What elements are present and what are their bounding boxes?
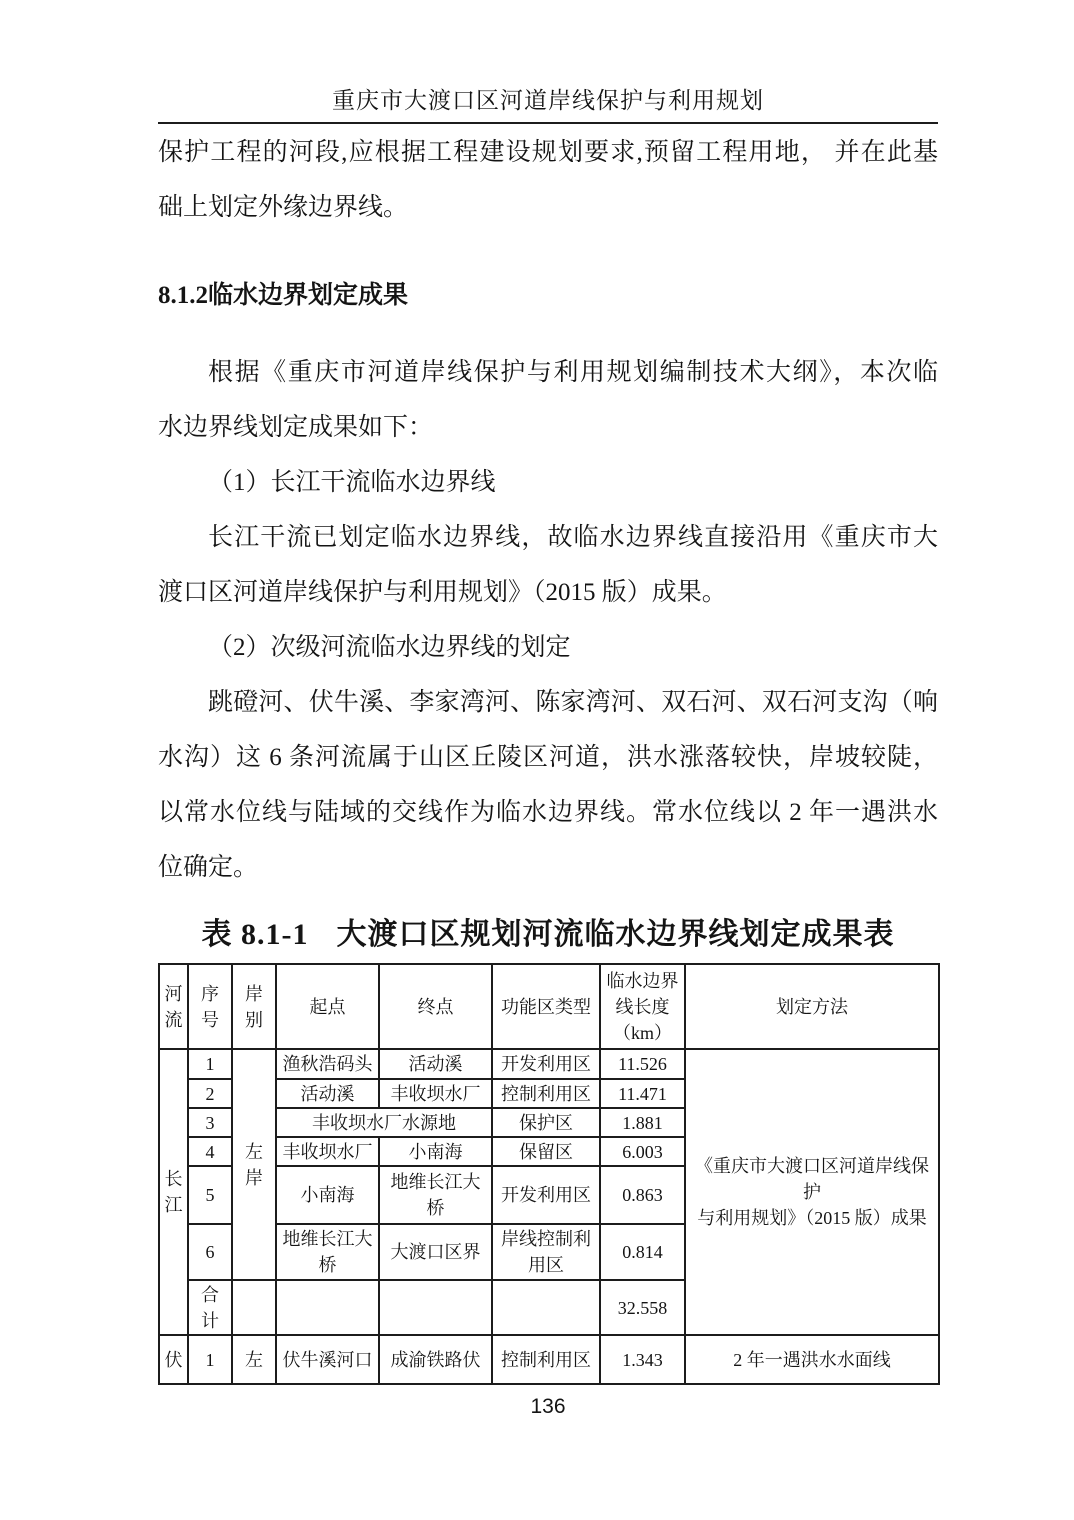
text-line: 渡口区河道岸线保护与利用规划》（2015 版）成果。	[158, 565, 938, 620]
running-header-title: 重庆市大渡口区河道岸线保护与利用规划	[158, 86, 938, 116]
cell-zone: 开发利用区	[492, 1166, 600, 1224]
cell-empty	[379, 1280, 492, 1335]
cell-seq: 6	[188, 1224, 232, 1280]
cell-seq: 5	[188, 1166, 232, 1224]
cell-start: 伏牛溪河口	[276, 1335, 379, 1384]
cell-method-changjiang: 《重庆市大渡口区河道岸线保护 与利用规划》（2015 版）成果	[685, 1049, 939, 1335]
table-row: 长 江 1 左 岸 渔秋浩码头 活动溪 开发利用区 11.526 《重庆市大渡口…	[159, 1049, 939, 1079]
cell-method-funiuxi: 2 年一遇洪水水面线	[685, 1335, 939, 1384]
text-line: 跳磴河、伏牛溪、李家湾河、陈家湾河、双石河、双石河支沟（响	[158, 675, 938, 730]
cell-length: 0.863	[600, 1166, 685, 1224]
cell-total-length: 32.558	[600, 1280, 685, 1335]
text-line: 以常水位线与陆域的交线作为临水边界线。常水位线以 2 年一遇洪水	[158, 785, 938, 840]
table-caption: 表 8.1-1 大渡口区规划河流临水边界线划定成果表	[158, 911, 938, 951]
text-line: 础上划定外缘边界线。	[158, 180, 938, 235]
header-zone: 功能区类型	[492, 964, 600, 1049]
cell-length: 0.814	[600, 1224, 685, 1280]
cell-zone: 控制利用区	[492, 1079, 600, 1108]
text-line: 水沟）这 6 条河流属于山区丘陵区河道，洪水涨落较快，岸坡较陡，	[158, 730, 938, 785]
cell-end: 成渝铁路伏	[379, 1335, 492, 1384]
shoreline-results-table: 河 流 序 号 岸 别 起点 终点 功能区类型 临水边界 线长度 （km） 划定…	[158, 963, 940, 1385]
cell-zone: 保护区	[492, 1108, 600, 1137]
cell-length: 6.003	[600, 1137, 685, 1166]
cell-start: 小南海	[276, 1166, 379, 1224]
cell-zone: 控制利用区	[492, 1335, 600, 1384]
header-seq: 序 号	[188, 964, 232, 1049]
cell-bank: 左	[232, 1335, 276, 1384]
body-text-block: 根据《重庆市河道岸线保护与利用规划编制技术大纲》，本次临 水边界线划定成果如下：…	[158, 345, 938, 895]
cell-end: 小南海	[379, 1137, 492, 1166]
cell-length: 1.343	[600, 1335, 685, 1384]
cell-zone: 岸线控制利 用区	[492, 1224, 600, 1280]
text-line: 保护工程的河段,应根据工程建设规划要求,预留工程用地， 并在此基	[158, 125, 938, 180]
table-caption-label: 表 8.1-1	[202, 909, 309, 953]
cell-seq: 1	[188, 1049, 232, 1079]
list-item-1: （1）长江干流临水边界线	[158, 455, 938, 510]
cell-river-changjiang: 长 江	[159, 1049, 188, 1335]
paragraph-continuation: 保护工程的河段,应根据工程建设规划要求,预留工程用地， 并在此基 础上划定外缘边…	[158, 125, 938, 235]
text-line: 根据《重庆市河道岸线保护与利用规划编制技术大纲》，本次临	[158, 345, 938, 400]
page-number: 136	[158, 1394, 938, 1420]
cell-empty	[492, 1280, 600, 1335]
cell-end: 丰收坝水厂	[379, 1079, 492, 1108]
cell-length: 11.471	[600, 1079, 685, 1108]
text-line: 长江干流已划定临水边界线，故临水边界线直接沿用《重庆市大	[158, 510, 938, 565]
running-header: 重庆市大渡口区河道岸线保护与利用规划	[158, 0, 938, 124]
cell-end: 大渡口区界	[379, 1224, 492, 1280]
cell-seq: 3	[188, 1108, 232, 1137]
header-river: 河 流	[159, 964, 188, 1049]
cell-start: 丰收坝水厂	[276, 1137, 379, 1166]
header-end: 终点	[379, 964, 492, 1049]
cell-empty	[232, 1280, 276, 1335]
cell-river-funiuxi: 伏	[159, 1335, 188, 1384]
cell-start-end-merged: 丰收坝水厂水源地	[276, 1108, 492, 1137]
text-line: 位确定。	[158, 840, 938, 895]
cell-end: 地维长江大 桥	[379, 1166, 492, 1224]
text-line: 水边界线划定成果如下：	[158, 400, 938, 455]
cell-seq: 1	[188, 1335, 232, 1384]
header-bank: 岸 别	[232, 964, 276, 1049]
page-content: 重庆市大渡口区河道岸线保护与利用规划 保护工程的河段,应根据工程建设规划要求,预…	[158, 0, 938, 1420]
cell-end: 活动溪	[379, 1049, 492, 1079]
cell-start: 渔秋浩码头	[276, 1049, 379, 1079]
header-length: 临水边界 线长度 （km）	[600, 964, 685, 1049]
table-caption-title: 大渡口区规划河流临水边界线划定成果表	[337, 909, 895, 953]
cell-zone: 开发利用区	[492, 1049, 600, 1079]
cell-seq: 2	[188, 1079, 232, 1108]
table-header-row: 河 流 序 号 岸 别 起点 终点 功能区类型 临水边界 线长度 （km） 划定…	[159, 964, 939, 1049]
cell-length: 1.881	[600, 1108, 685, 1137]
cell-start: 地维长江大 桥	[276, 1224, 379, 1280]
table-row: 伏 1 左 伏牛溪河口 成渝铁路伏 控制利用区 1.343 2 年一遇洪水水面线	[159, 1335, 939, 1384]
header-start: 起点	[276, 964, 379, 1049]
document-page: 重庆市大渡口区河道岸线保护与利用规划 保护工程的河段,应根据工程建设规划要求,预…	[0, 0, 1074, 1520]
section-heading: 8.1.2临水边界划定成果	[158, 278, 938, 313]
cell-empty	[276, 1280, 379, 1335]
cell-length: 11.526	[600, 1049, 685, 1079]
list-item-2: （2）次级河流临水边界线的划定	[158, 620, 938, 675]
cell-zone: 保留区	[492, 1137, 600, 1166]
header-method: 划定方法	[685, 964, 939, 1049]
cell-seq: 4	[188, 1137, 232, 1166]
cell-total-label: 合 计	[188, 1280, 232, 1335]
cell-bank-left: 左 岸	[232, 1049, 276, 1280]
cell-start: 活动溪	[276, 1079, 379, 1108]
